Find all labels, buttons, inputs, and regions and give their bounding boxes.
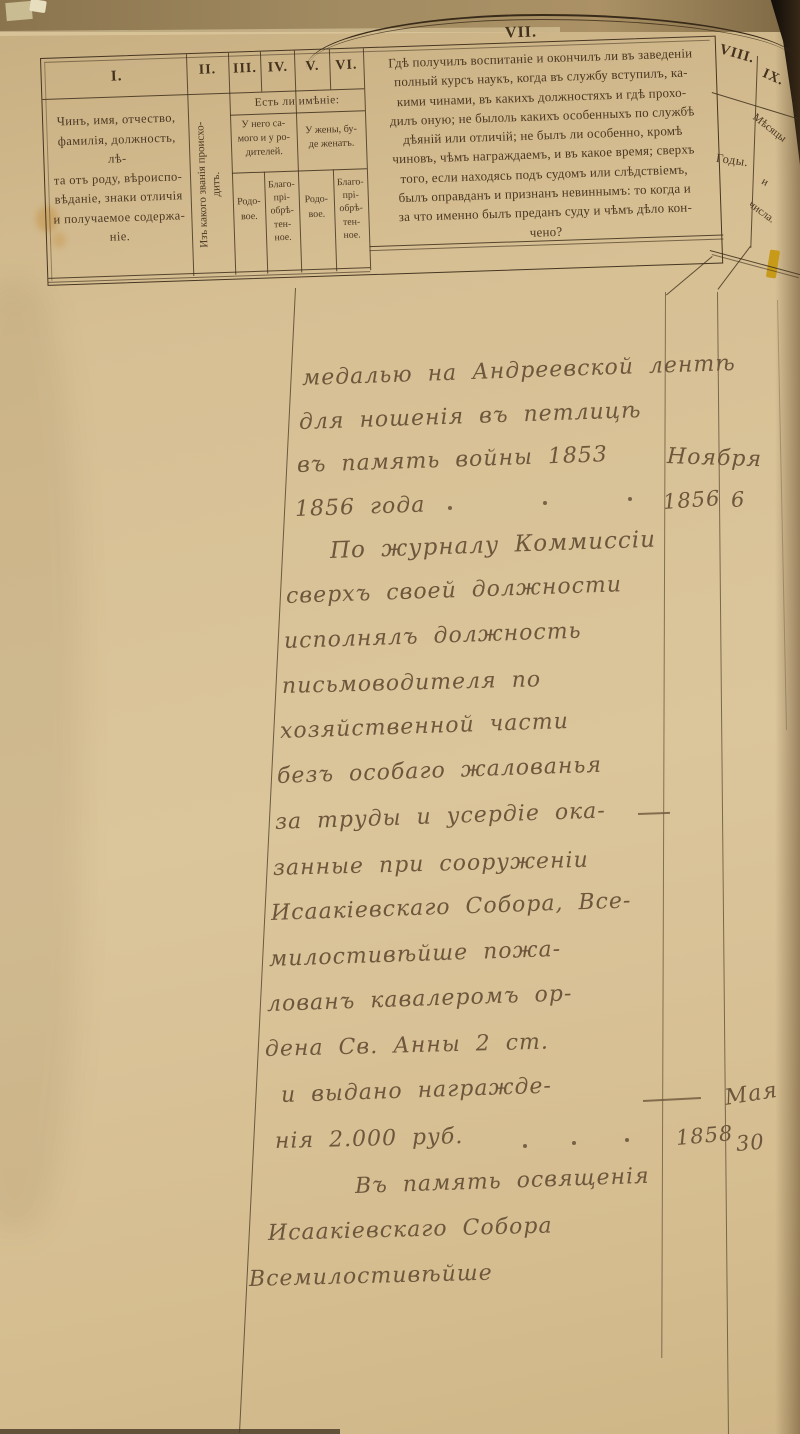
date-day-2: 30	[735, 1130, 766, 1156]
dot-leader	[523, 1144, 527, 1148]
handwritten-line: Всемилостивѣйше	[249, 1261, 493, 1292]
handwritten-line: въ память войны 1853	[297, 442, 609, 478]
dot-leader	[625, 1138, 629, 1142]
date-day-1: 6	[730, 487, 746, 512]
handwritten-line: хозяйственной части	[280, 709, 570, 744]
date-year-2: 1858	[675, 1121, 734, 1150]
handwritten-line: письмоводителя по	[282, 667, 542, 699]
dot-leader	[628, 497, 632, 501]
handwritten-line: сверхъ своей должности	[286, 572, 623, 609]
dot-leader	[543, 501, 547, 505]
handwritten-line: 1856 года	[295, 492, 426, 522]
handwritten-entry: медалью на Андреевской лентѣдля ношенія …	[0, 0, 800, 1434]
archival-document-photo: I. II. III. IV. V. VI. Чинъ, имя, отчест…	[0, 0, 800, 1434]
handwritten-line: для ношенія въ петлицѣ	[299, 398, 642, 435]
handwritten-line: Исаакіевскаго Собора, Все-	[271, 888, 632, 926]
date-year-1: 1856	[662, 486, 721, 514]
handwritten-line: безъ особаго жалованья	[277, 753, 603, 789]
handwritten-line: дена Св. Анны 2 ст.	[265, 1030, 549, 1062]
handwritten-line: за труды и усердіе ока-	[275, 798, 607, 835]
dot-leader	[572, 1141, 576, 1145]
dot-leader	[448, 506, 452, 510]
handwritten-line: лованъ кавалеромъ ор-	[267, 981, 573, 1017]
handwritten-line: Исаакіевскаго Собора	[268, 1214, 553, 1246]
handwritten-line: занные при сооруженіи	[273, 848, 589, 881]
handwritten-line: медалью на Андреевской лентѣ	[302, 351, 737, 391]
date-month-1: Ноября	[667, 444, 763, 472]
handwritten-line: нія 2.000 руб.	[275, 1124, 464, 1154]
handwritten-line: милостивѣйше пожа-	[269, 937, 562, 972]
handwritten-line: Въ память освященія	[355, 1164, 651, 1199]
handwritten-line: и выдано награжде-	[281, 1074, 553, 1108]
handwritten-line: исполнялъ должность	[284, 619, 582, 654]
handwritten-line: По журналу Коммиссіи	[330, 527, 657, 564]
